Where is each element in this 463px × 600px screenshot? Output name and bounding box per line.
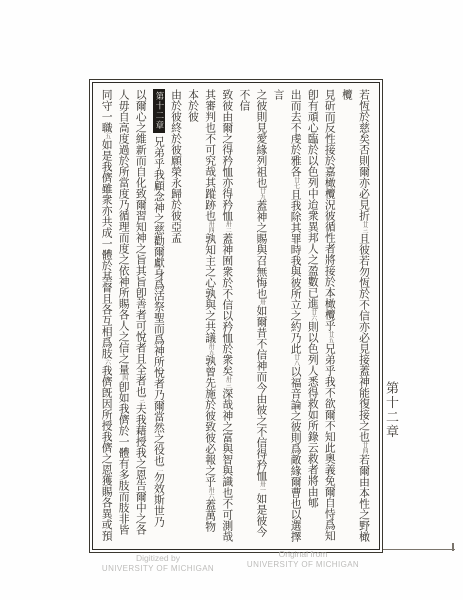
- watermark-line: Digitized by: [88, 553, 228, 563]
- page-edge-line: [383, 549, 455, 550]
- scripture-text: 由於彼終於彼願榮永歸於彼亞孟: [170, 89, 183, 243]
- text-column: 其審判也不可究哉其蹤跡也卅四孰知主之心孰與之共議卅五孰曾先施於彼致彼必報之乎卅六…: [185, 89, 219, 542]
- scripture-text: 深哉神之富與智與識也不可測哉: [221, 388, 234, 542]
- text-column: 之彼則見愛緣列祖也廿九蓋神之賜與召無悔也卅如爾昔不信神而今由彼之不信得矜恤卅一如…: [236, 89, 270, 542]
- scripture-text: 如是我儕雖衆亦共成一體於基督且各互相爲肢: [101, 139, 114, 359]
- verse-number: 卅六: [207, 487, 214, 499]
- verse-number: 廿七: [293, 177, 300, 189]
- scripture-text: 蓋神之賜與召無悔也: [255, 200, 268, 299]
- scripture-text: 同守一職: [101, 89, 114, 133]
- page-frame: 若恆於慈矣否則爾亦必見折廿三且彼若勿恆於不信亦必見接蓋神能復接之也廿四若爾由本性…: [92, 82, 380, 550]
- watermark-line: Original from: [230, 549, 376, 559]
- scripture-text: 勿效斯世乃: [153, 472, 166, 527]
- text-columns: 若恆於慈矣否則爾亦必見折廿三且彼若勿恆於不信亦必見接蓋神能復接之也廿四若爾由本性…: [99, 89, 373, 542]
- scripture-text: 出而去不虔於雅各: [290, 89, 303, 177]
- scripture-text: 之彼則見愛緣列祖也: [255, 89, 268, 188]
- verse-number: 廿四: [361, 442, 368, 454]
- verse-number: 廿八: [293, 354, 300, 366]
- page-edge-tick: [452, 543, 454, 551]
- watermark-line: UNIVERSITY OF MICHIGAN: [230, 559, 376, 570]
- scripture-text: 如爾昔不信神而今由彼之不信得矜恤: [255, 305, 268, 481]
- verse-number: 卅四: [207, 221, 214, 233]
- text-column: 人毋自高度過於所當度乃循理而度之依神所賜各人之信之量四卽如我儕於一體有多肢而肢非…: [116, 89, 133, 542]
- scanned-page-image: 若恆於慈矣否則爾亦必見折廿三且彼若勿恆於不信亦必見接蓋神能復接之也廿四若爾由本性…: [0, 0, 463, 600]
- watermark-digitized: Digitized by UNIVERSITY OF MICHIGAN: [88, 553, 228, 574]
- text-column: 卽有頑心臨於以色列中迨衆異邦人之盈數已進廿六則以色列人悉得救如所錄云救者將由郇: [305, 89, 322, 542]
- text-column: 以爾心之維新而自化致爾習知神之旨其旨卽善者可悅者且全者也三夫我藉授我之恩告爾中之…: [133, 89, 150, 542]
- scripture-text: 若恆於慈矣否則爾亦必見折: [358, 89, 371, 221]
- scripture-text: 其審判也不可究哉其蹤跡也: [204, 89, 217, 221]
- verse-number: 卅一: [258, 481, 265, 493]
- text-column: 第十二章兄弟乎我顧念神之慈勸爾獻身爲活祭聖而爲神所悅者乃爾當然之役也二勿效斯世乃: [150, 89, 168, 542]
- scripture-text: 人毋自高度過於所當度乃循理而度之依神所賜各人之信之量: [118, 89, 131, 375]
- verse-number: 卅三: [224, 376, 231, 388]
- scripture-text: 且我除其罪時我與彼所立之約乃此: [290, 189, 303, 354]
- scripture-text: 卽如我儕於一體有多肢而肢非皆: [118, 381, 131, 535]
- verse-number: 廿九: [258, 188, 265, 200]
- text-column: 同守一職五如是我儕雖衆亦共成一體於基督且各互相爲肢六我儕旣因所授我儕之恩獲賜各異…: [99, 89, 116, 542]
- scripture-text: 見斫而反性接於嘉橄欖況彼循性者將接於本橄欖乎: [324, 89, 337, 331]
- scripture-text: 以爾心之維新而自化致爾習知神之旨其旨卽善者可悅者且全者也: [135, 89, 148, 397]
- chapter-heading-box: 第十二章: [153, 89, 165, 133]
- scripture-text: 兄弟乎我不欲爾不知此奧義免爾自恃爲知: [324, 343, 337, 541]
- scripture-text: 我儕旣因所授我儕之恩獲賜各異或預: [101, 365, 114, 541]
- verse-number: 卅二: [224, 221, 231, 233]
- verse-number: 廿三: [361, 221, 368, 233]
- scripture-text: 卽有頑心臨於以色列中迨衆異邦人之盈數已進: [307, 89, 320, 309]
- verse-number: 卅五: [207, 343, 214, 355]
- scripture-text: 則以色列人悉得救如所錄云救者將由郇: [307, 321, 320, 508]
- text-column: 出而去不虔於雅各廿七且我除其罪時我與彼所立之約乃此廿八以福音論之彼則爲敵緣爾曹也…: [270, 89, 304, 542]
- verse-number: 廿五: [327, 331, 334, 343]
- scripture-text: 且彼若勿恆於不信亦必見接蓋神能復接之也: [358, 233, 371, 442]
- watermark-original: Original from UNIVERSITY OF MICHIGAN: [230, 549, 376, 570]
- watermark-line: UNIVERSITY OF MICHIGAN: [88, 563, 228, 574]
- scripture-text: 兄弟乎我顧念神之慈勸爾獻身爲活祭聖而爲神所悅者乃爾當然之役也: [153, 136, 166, 466]
- text-column: 由於彼終於彼願榮永歸於彼亞孟: [168, 89, 185, 542]
- text-column: 致彼由爾之得矜恤亦得矜恤卅二蓋神囿衆於不信以矜恤於衆矣卅三深哉神之富與智與識也不…: [219, 89, 236, 542]
- scripture-text: 孰知主之心孰與之共議: [204, 233, 217, 343]
- text-column: 若恆於慈矣否則爾亦必見折廿三且彼若勿恆於不信亦必見接蓋神能復接之也廿四若爾由本性…: [339, 89, 373, 542]
- chapter-margin-label: 第十二章: [381, 381, 400, 439]
- scripture-text: 夫我藉授我之恩告爾中之各: [135, 403, 148, 535]
- scripture-text: 蓋神囿衆於不信以矜恤於衆矣: [221, 233, 234, 376]
- scripture-text: 致彼由爾之得矜恤亦得矜恤: [221, 89, 234, 221]
- text-column: 見斫而反性接於嘉橄欖況彼循性者將接於本橄欖乎廿五兄弟乎我不欲爾不知此奧義免爾自恃…: [322, 89, 339, 542]
- scripture-text: 孰曾先施於彼致彼必報之乎: [204, 355, 217, 487]
- verse-number: 廿六: [310, 309, 317, 321]
